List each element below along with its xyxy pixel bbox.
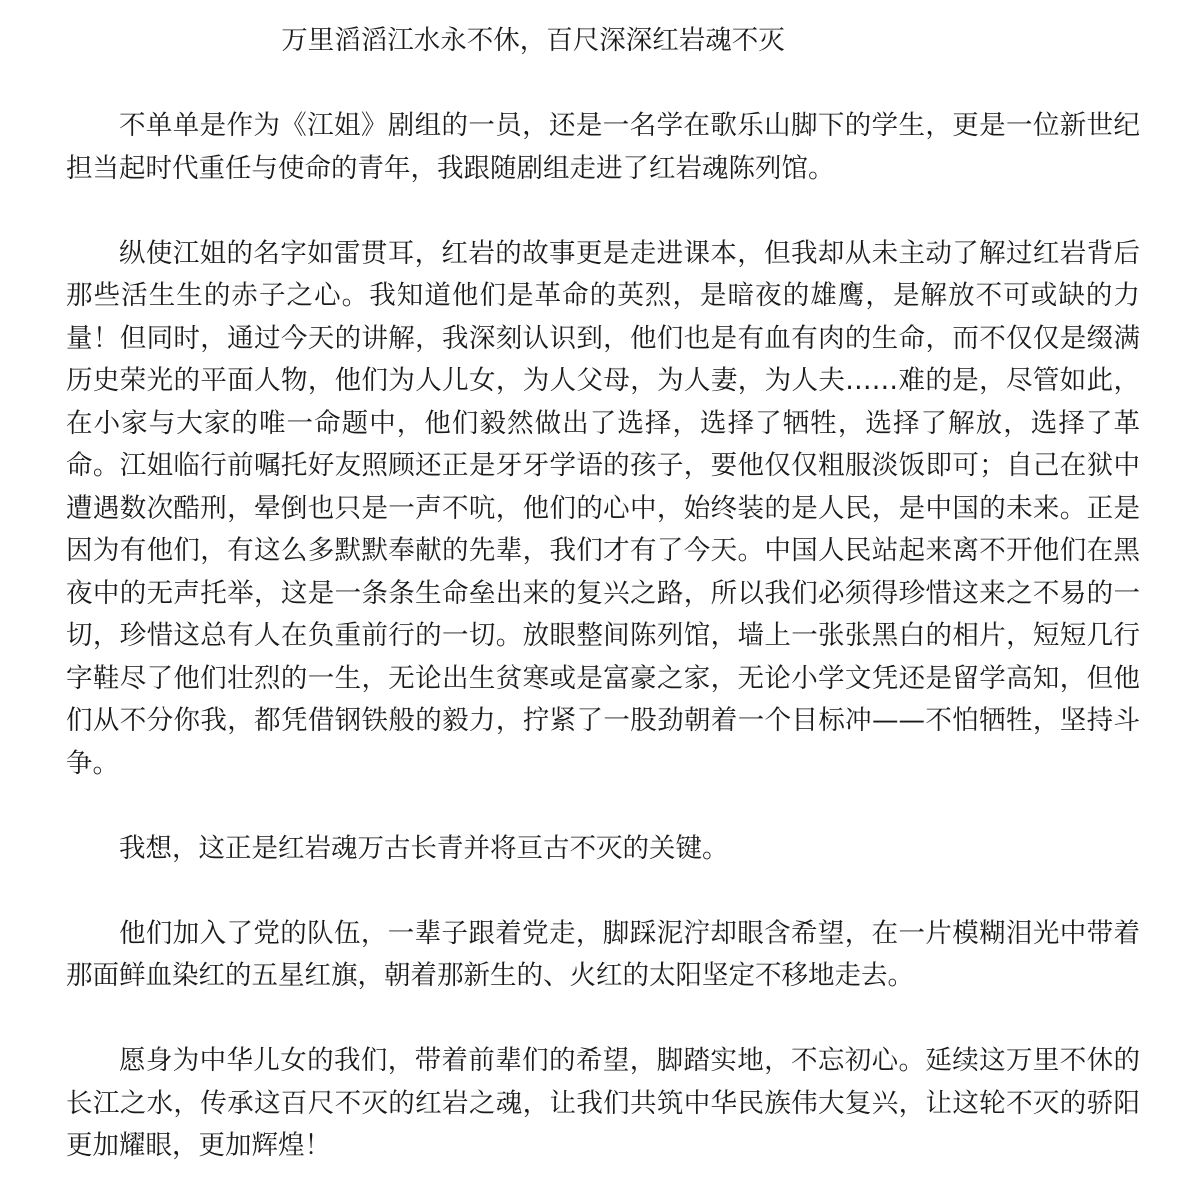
- paragraph-conclusion: 愿身为中华儿女的我们，带着前辈们的希望，脚踏实地，不忘初心。延续这万里不休的长江…: [66, 1040, 1140, 1168]
- paragraph-main-reflection: 纵使江姐的名字如雷贯耳，红岩的故事更是走进课本，但我却从未主动了解过红岩背后那些…: [66, 233, 1140, 786]
- document-body: 万里滔滔江水永不休，百尺深深红岩魂不灭 不单单是作为《江姐》剧组的一员，还是一名…: [66, 20, 1140, 1168]
- paragraph-key-thought: 我想，这正是红岩魂万古长青并将亘古不灭的关键。: [66, 828, 1140, 871]
- paragraph-intro: 不单单是作为《江姐》剧组的一员，还是一名学在歌乐山脚下的学生，更是一位新世纪担当…: [66, 105, 1140, 190]
- paragraph-party-march: 他们加入了党的队伍，一辈子跟着党走，脚踩泥泞却眼含希望，在一片模糊泪光中带着那面…: [66, 913, 1140, 998]
- document-title: 万里滔滔江水永不休，百尺深深红岩魂不灭: [66, 20, 1140, 63]
